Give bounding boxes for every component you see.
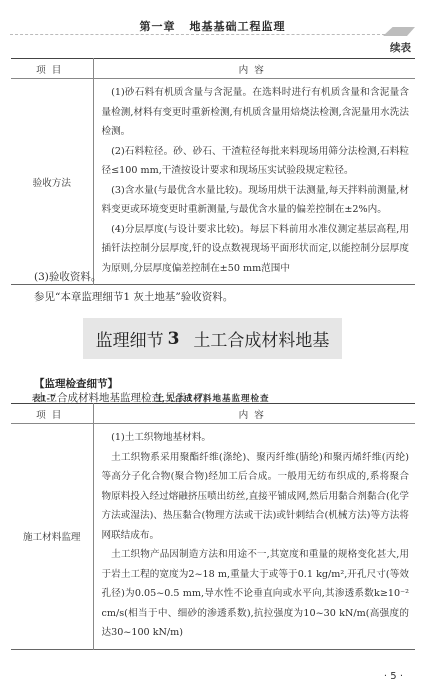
table-row: 施工材料监理 (1)土工织物地基材料。 土工织物系采用聚酯纤维(涤纶)、聚丙纤维… <box>11 424 415 650</box>
section-banner: 监理细节3土工合成材料地基 <box>83 318 342 359</box>
header-divider <box>10 34 385 35</box>
table-1-7: 项目 内容 施工材料监理 (1)土工织物地基材料。 土工织物系采用聚酯纤维(涤纶… <box>11 403 415 650</box>
row-content: (1)砂石料有机质含量与含泥量。在选料时进行有机质含量和含泥量含量检测,材料有变… <box>93 79 415 285</box>
header-item: 项目 <box>11 59 93 79</box>
content-paragraph: (2)石料粒径。砂、砂石、干渣粒径每批来料现场用筛分法检测,石料粒径≤100 m… <box>102 142 410 181</box>
content-paragraph: (3)含水量(与最优含水量比较)。现场用烘干法测量,每天拌料前测量,材料变更或环… <box>102 181 410 220</box>
continued-table: 项目 内容 验收方法 (1)砂石料有机质含量与含泥量。在选料时进行有机质含量和含… <box>11 58 415 285</box>
table-header-row: 项目 内容 <box>11 59 415 79</box>
row-item-label: 施工材料监理 <box>11 424 93 650</box>
header-item: 项目 <box>11 404 93 424</box>
content-paragraph: 土工织物产品因制造方法和用途不一,其宽度和重量的规格变化甚大,用于岩土工程的宽度… <box>102 545 410 643</box>
row-item-label: 验收方法 <box>11 79 93 285</box>
running-head: 第一章地基基础工程监理 <box>0 18 425 34</box>
header-content: 内容 <box>93 404 415 424</box>
acceptance-docs-paragraph: (3)验收资料。 <box>34 267 101 287</box>
content-paragraph: (4)分层厚度(与设计要求比较)。每层下料前用水准仪测定基层高程,用插钎法控制分… <box>102 220 410 279</box>
header-content: 内容 <box>93 59 415 79</box>
table-header-row: 项目 内容 <box>11 404 415 424</box>
continued-table-label: 续表 <box>390 40 411 55</box>
content-paragraph: (1)砂石料有机质含量与含泥量。在选料时进行有机质含量和含泥量含量检测,材料有变… <box>102 83 410 142</box>
section-number: 3 <box>168 329 180 349</box>
content-paragraph: 土工织物系采用聚酯纤维(涤纶)、聚丙纤维(腈纶)和聚丙烯纤维(丙纶)等高分子化合… <box>102 448 410 546</box>
reference-paragraph: 参见“本章监理细节1 灰土地基”验收资料。 <box>34 287 233 307</box>
row-content: (1)土工织物地基材料。 土工织物系采用聚酯纤维(涤纶)、聚丙纤维(腈纶)和聚丙… <box>93 424 415 650</box>
chapter-label: 第一章 <box>140 20 176 33</box>
content-paragraph: (1)土工织物地基材料。 <box>102 428 410 448</box>
section-title: 土工合成材料地基 <box>193 326 329 351</box>
section-label: 监理细节 <box>96 326 164 351</box>
chapter-title: 地基基础工程监理 <box>190 20 286 33</box>
page-number: · 5 · <box>0 671 403 682</box>
table-row: 验收方法 (1)砂石料有机质含量与含泥量。在选料时进行有机质含量和含泥量含量检测… <box>11 79 415 285</box>
